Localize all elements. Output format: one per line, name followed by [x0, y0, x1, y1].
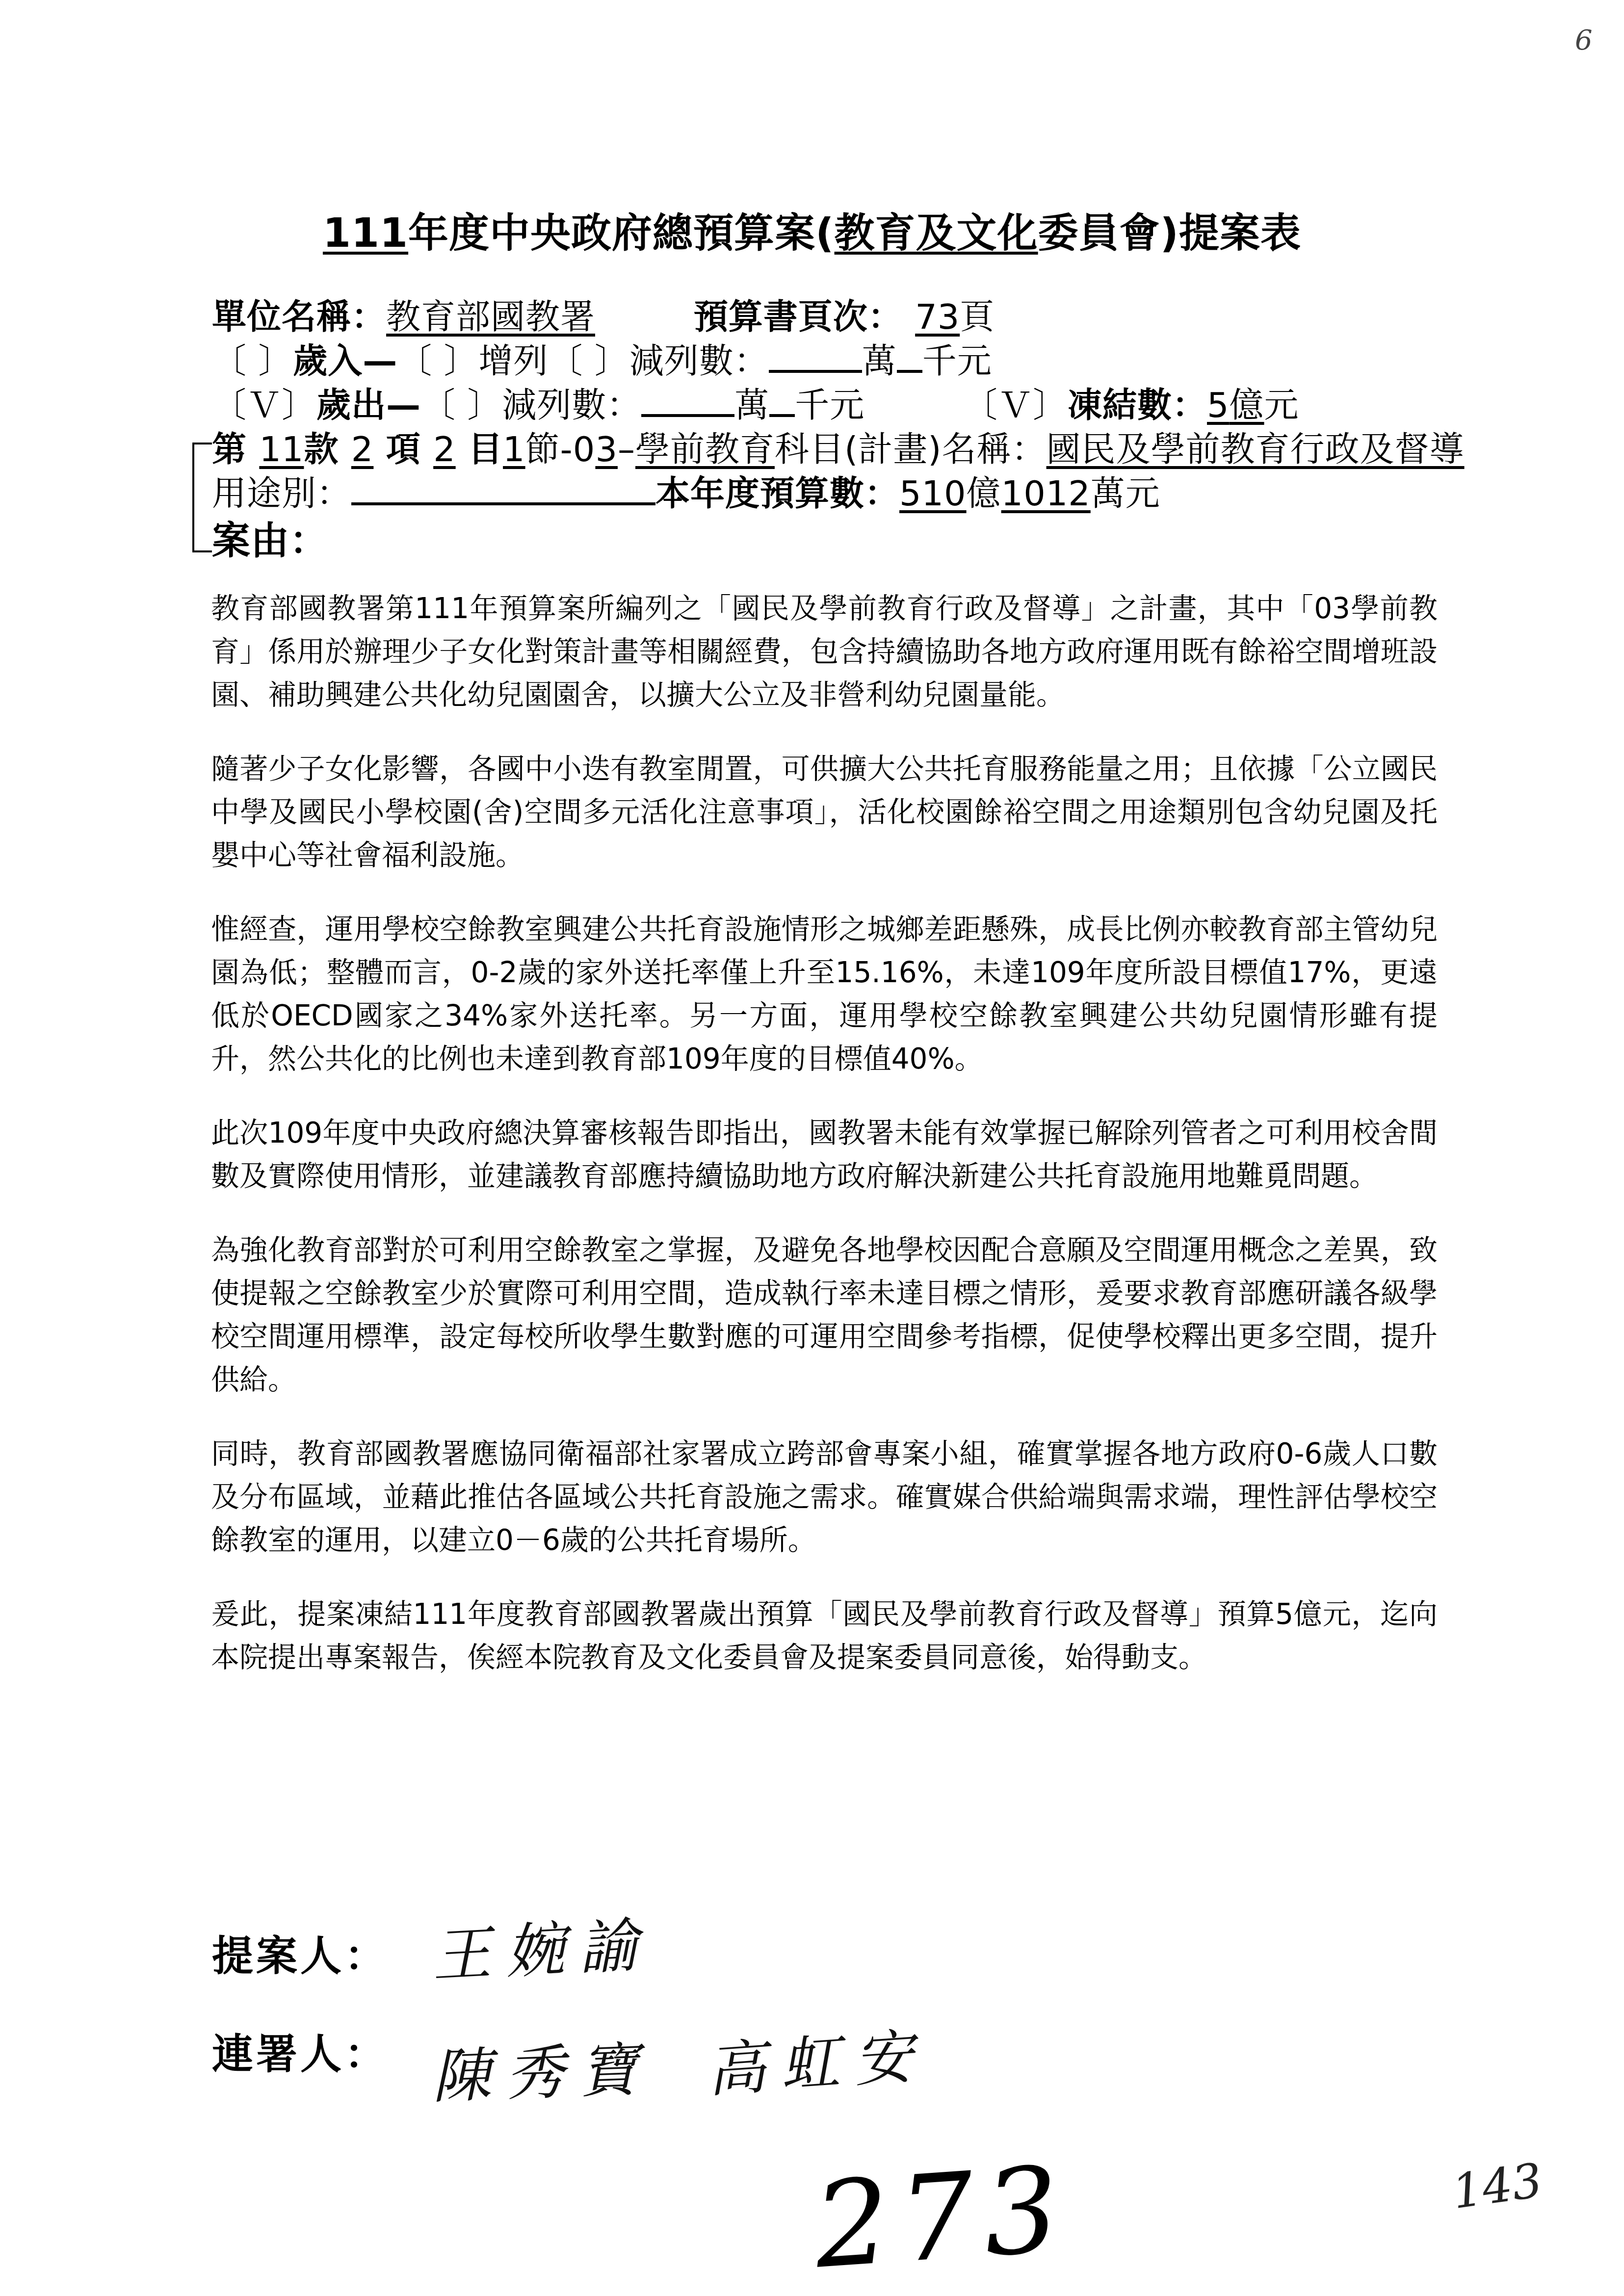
corner-page-mark: 6: [1575, 25, 1593, 56]
revenue-label: 歲入—: [293, 341, 397, 381]
budget-wan-value: 1012: [1001, 473, 1091, 514]
freeze-value: 5: [1207, 385, 1230, 425]
proposer-label: 提案人：: [212, 1923, 389, 1983]
paragraph: 教育部國教署第111年預算案所編列之「國民及學前教育行政及督導」之計畫，其中「0…: [211, 587, 1438, 716]
reason-label: 案由：: [212, 510, 328, 565]
subject-value: 學前教育: [635, 429, 775, 470]
expense-checkbox[interactable]: 〔Ｖ〕: [212, 385, 316, 425]
yi-label: 億: [967, 473, 1001, 514]
unit-label: 單位名稱：: [212, 297, 386, 337]
item-dash: –: [618, 429, 635, 470]
revenue-wan-blank[interactable]: [769, 339, 862, 373]
freeze-unit: 億: [1230, 385, 1264, 425]
proposer-signature: 王婉諭: [430, 1898, 655, 1993]
revenue-checkbox[interactable]: 〔 〕: [212, 341, 293, 381]
title-committee: 教育及文化: [835, 210, 1038, 257]
wan-yuan-label: 萬元: [1091, 473, 1160, 514]
paragraph: 此次109年度中央政府總決算審核報告即指出，國教署未能有效掌握已解除列管者之可利…: [211, 1111, 1438, 1198]
cosigner-signature-1: 陳秀寶: [430, 2022, 654, 2114]
expense-label: 歲出—: [316, 385, 421, 425]
budget-label: 本年度預算數：: [655, 473, 899, 514]
program-value: 國民及學前教育行政及督導: [1047, 429, 1465, 470]
title-part2: 委員會)提案表: [1038, 210, 1301, 257]
expense-line: 〔Ｖ〕歲出—〔 〕減列數：萬千元 〔Ｖ〕凍結數：5億元: [212, 378, 1299, 427]
budget-yi-value: 510: [899, 473, 967, 514]
handwritten-page-number: 273: [810, 2140, 1073, 2295]
reason-body: 教育部國教署第111年預算案所編列之「國民及學前教育行政及督導」之計畫，其中「0…: [211, 587, 1438, 1710]
usage-blank[interactable]: [351, 472, 655, 505]
qian-label: 千元: [922, 341, 992, 381]
jie-value: 1: [503, 429, 525, 470]
usage-label: 用途別：: [212, 473, 351, 514]
xiang-label: 項: [386, 429, 421, 470]
cosigner-label: 連署人：: [212, 2021, 389, 2081]
paragraph: 為強化教育部對於可利用空餘教室之掌握，及避免各地學校因配合意願及空間運用概念之差…: [211, 1228, 1438, 1401]
kuan-label: 款: [304, 429, 339, 470]
item-prefix: 第: [212, 429, 247, 470]
decrease-checkbox[interactable]: 〔 〕: [549, 341, 629, 381]
handwritten-footer-number: 143: [1449, 2153, 1545, 2219]
increase-checkbox[interactable]: 〔 〕: [397, 341, 478, 381]
paragraph: 爰此，提案凍結111年度教育部國教署歲出預算「國民及學前教育行政及督導」預算5億…: [211, 1592, 1438, 1679]
wan-label: 萬: [862, 341, 897, 381]
title-year: 111: [323, 210, 408, 257]
section-bracket: [192, 443, 212, 552]
revenue-line: 〔 〕歲入—〔 〕增列〔 〕減列數：萬千元: [212, 334, 992, 383]
paragraph: 惟經查，運用學校空餘教室興建公共托育設施情形之城鄉差距懸殊，成長比例亦較教育部主…: [211, 908, 1438, 1080]
unit-value: 教育部國教署: [386, 297, 595, 337]
xiang-value: 2: [351, 429, 374, 470]
expense-qian-label: 千元: [795, 385, 864, 425]
jie-label: 節-0: [525, 429, 596, 470]
revenue-qian-blank[interactable]: [897, 339, 922, 373]
page-suffix: 頁: [960, 297, 995, 337]
paragraph: 同時，教育部國教署應協同衛福部社家署成立跨部會專案小組，確實掌握各地方政府0-6…: [211, 1432, 1438, 1562]
decrease-label: 減列數：: [629, 341, 769, 381]
code-value: 3: [595, 429, 618, 470]
mu-value: 2: [433, 429, 456, 470]
unit-line: 單位名稱：教育部國教署 預算書頁次： 73頁: [212, 289, 995, 339]
paragraph: 隨著少子女化影響，各國中小迭有教室閒置，可供擴大公共托育服務能量之用；且依據「公…: [211, 747, 1438, 877]
cosigner-signature-2: 高虹安: [704, 2009, 930, 2109]
item-line: 第 11款 2 項 2 目1節-03–學前教育科目(計畫)名稱：國民及學前教育行…: [212, 422, 1465, 471]
freeze-suffix: 元: [1264, 385, 1299, 425]
page-label: 預算書頁次：: [694, 297, 903, 337]
usage-line: 用途別：本年度預算數：510億1012萬元: [212, 466, 1160, 516]
expense-decrease-checkbox[interactable]: 〔 〕: [421, 385, 502, 425]
subject-label: 科目(計畫)名稱：: [775, 429, 1047, 470]
increase-label: 增列: [479, 341, 549, 381]
title-part1: 年度中央政府總預算案(: [408, 210, 834, 257]
expense-wan-blank[interactable]: [641, 384, 734, 417]
page-value: 73: [915, 297, 960, 337]
freeze-label: 凍結數：: [1068, 385, 1207, 425]
expense-wan-label: 萬: [734, 385, 769, 425]
expense-qian-blank[interactable]: [769, 384, 795, 417]
expense-decrease-label: 減列數：: [502, 385, 641, 425]
freeze-checkbox[interactable]: 〔Ｖ〕: [963, 385, 1068, 425]
kuan-value: 11: [259, 429, 304, 470]
page-title: 111年度中央政府總預算案(教育及文化委員會)提案表: [0, 201, 1624, 259]
mu-label: 目: [468, 429, 503, 470]
